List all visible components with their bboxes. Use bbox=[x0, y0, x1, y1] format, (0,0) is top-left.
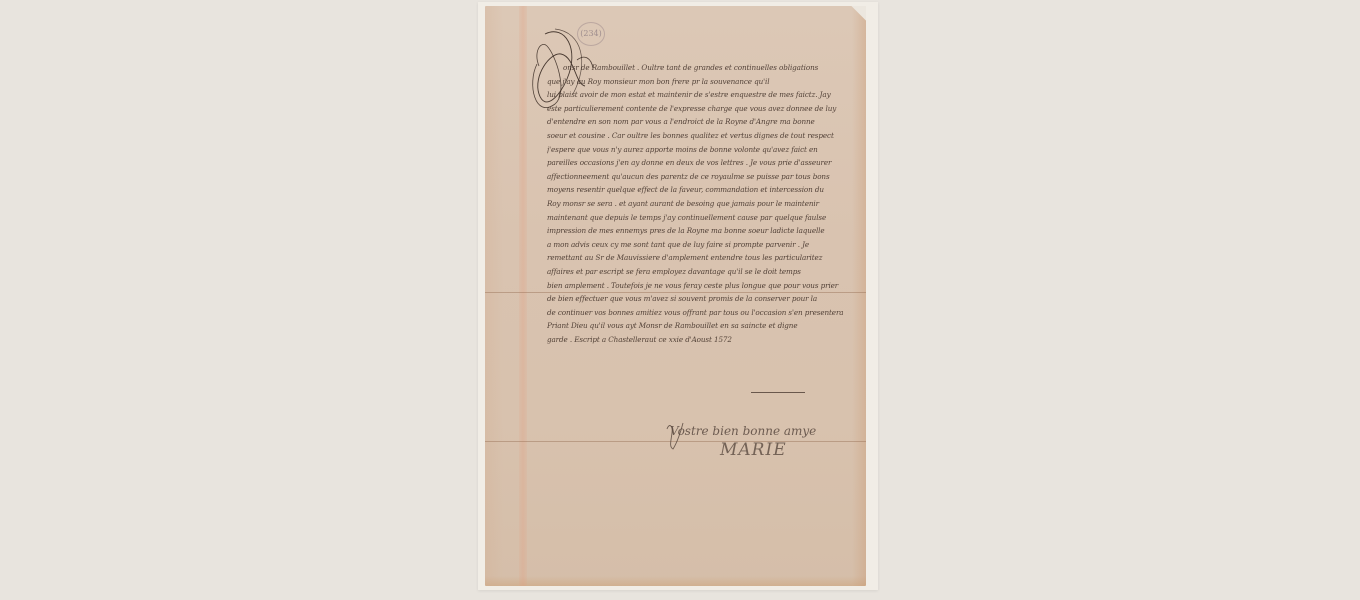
letter-line: este particulierement contente de l'expr… bbox=[547, 102, 852, 116]
letter-paper: (234) onsr de Rambouillet . Oultre tant … bbox=[485, 6, 866, 586]
closing-phrase: Vostre bien bonne amye bbox=[670, 424, 840, 438]
signature-block: Vostre bien bonne amye MARIE bbox=[670, 424, 840, 460]
letter-line: garde . Escript a Chastelleraut ce xxie … bbox=[547, 333, 852, 347]
letter-line: affectionneement qu'aucun des parentz de… bbox=[547, 170, 852, 184]
letter-line: affaires et par escript se fera employez… bbox=[547, 265, 852, 279]
letter-line: remettant au Sr de Mauvissiere d'ampleme… bbox=[547, 251, 852, 265]
signature-name: MARIE bbox=[720, 440, 840, 460]
letter-line: Priant Dieu qu'il vous ayt Monsr de Ramb… bbox=[547, 319, 852, 333]
letter-line: de continuer vos bonnes amitiez vous off… bbox=[547, 306, 852, 320]
letter-body: onsr de Rambouillet . Oultre tant de gra… bbox=[547, 61, 852, 346]
letter-line: soeur et cousine . Car oultre les bonnes… bbox=[547, 129, 852, 143]
letter-line: impression de mes ennemys pres de la Roy… bbox=[547, 224, 852, 238]
letter-line: a mon advis ceux cy me sont tant que de … bbox=[547, 238, 852, 252]
letter-line: pareilles occasions j'en ay donne en deu… bbox=[547, 156, 852, 170]
letter-line: lui plaist avoir de mon estat et mainten… bbox=[547, 88, 852, 102]
letter-line: maintenant que depuis le temps j'ay cont… bbox=[547, 211, 852, 225]
letter-line: j'espere que vous n'y aurez apporte moin… bbox=[547, 143, 852, 157]
letter-line: moyens resentir quelque effect de la fav… bbox=[547, 183, 852, 197]
torn-corner bbox=[850, 6, 866, 22]
letter-line: que j'ay au Roy monsieur mon bon frere p… bbox=[547, 75, 852, 89]
letter-line: de bien effectuer que vous m'avez si sou… bbox=[547, 292, 852, 306]
closing-flourish-rule bbox=[751, 392, 805, 393]
letter-line: Roy monsr se sera . et ayant aurant de b… bbox=[547, 197, 852, 211]
letter-line: d'entendre en son nom par vous a l'endro… bbox=[547, 115, 852, 129]
page-background: (234) onsr de Rambouillet . Oultre tant … bbox=[0, 0, 1360, 600]
letter-line: bien amplement . Toutefois je ne vous fe… bbox=[547, 279, 852, 293]
letter-line: onsr de Rambouillet . Oultre tant de gra… bbox=[547, 61, 852, 75]
